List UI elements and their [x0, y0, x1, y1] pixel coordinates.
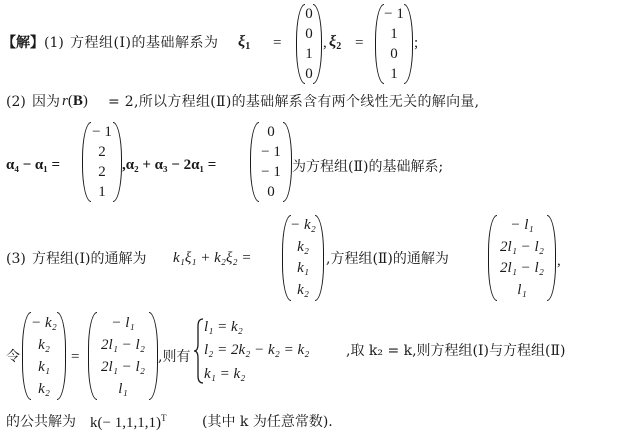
general-solution-1-lhs: k₁ξ₁ + k₂ξ₂ = [173, 251, 252, 266]
right-paren [57, 312, 66, 400]
part1-text: 方程组(Ⅰ)的基础解系为 [70, 36, 218, 50]
equals-sign: = [273, 36, 281, 51]
vector-cell: 0 [267, 185, 275, 200]
vector-cell: 2l₁ − l₂ [101, 338, 145, 353]
right-paren [149, 312, 158, 400]
vector-cell: − 1 [261, 145, 281, 160]
rhs-vector: − l₁ 2l₁ − l₂ 2l₁ − l₂ l₁ [88, 312, 158, 400]
vector-cell: 2l₁ − l₂ [500, 240, 544, 255]
vector-cell: 1 [305, 47, 313, 62]
vector-cell: k₁ [38, 360, 50, 375]
part2-line1-text: = 2,所以方程组(Ⅱ)的基础解系含有两个线性无关的解向量, [108, 95, 479, 109]
left-paren [296, 4, 305, 84]
then-have: ,则有 [158, 350, 190, 364]
left-paren [88, 312, 97, 400]
xi2-vector: − 1 1 0 1 [375, 4, 413, 84]
vector-cell: k₁ [297, 261, 309, 276]
xi2-symbol: ξ2 [329, 34, 341, 52]
vector-cell: 2 [98, 165, 106, 180]
part1-number: (1) [44, 36, 64, 50]
vector-cell: − 1 [384, 7, 404, 22]
vector-cell: − l₁ [510, 218, 533, 233]
xi1-vector: 0 0 1 0 [296, 4, 322, 84]
vector-cell: 2l₁ − l₂ [101, 360, 145, 375]
right-paren [313, 4, 322, 84]
part2-because: 因为 [32, 95, 60, 109]
part3-text2: ,方程组(Ⅱ)的通解为 [326, 252, 449, 266]
vector-1: − 1 2 2 1 [82, 122, 122, 202]
vector-cell: − 1 [92, 125, 112, 140]
conclusion-text-b: (其中 k 为任意常数). [202, 415, 333, 429]
comma: , [323, 36, 327, 51]
vector-cell: l₁ [517, 283, 526, 298]
brace-icon [194, 318, 204, 384]
part2-number: (2) [6, 95, 26, 109]
alpha-combination: ,α₂ + α₃ − 2α₁ = [122, 158, 216, 173]
vector-cell: 0 [267, 125, 275, 140]
vector-cell: 0 [305, 67, 313, 82]
vector-cell: 1 [390, 27, 398, 42]
conclusion-text-a: 的公共解为 [6, 415, 76, 429]
right-paren [283, 122, 292, 202]
vector-cell: k₂ [38, 382, 50, 397]
alpha4-minus-alpha1: α₄ − α₁ = [6, 158, 60, 173]
left-paren [82, 122, 91, 202]
lhs-vector: − k₂ k₂ k₁ k₂ [22, 312, 66, 400]
left-paren [488, 215, 497, 301]
vector-cell: k₂ [297, 240, 309, 255]
vector-cell: l₁ [118, 382, 127, 397]
left-brace [194, 318, 202, 384]
right-paren [404, 4, 413, 84]
general-solution-2-vector: − l₁ 2l₁ − l₂ 2l₁ − l₂ l₁ [488, 215, 556, 301]
right-paren [315, 215, 324, 301]
solution-label: 【解】 [2, 36, 44, 50]
system-line-1: l₁ = k₂ [204, 320, 243, 335]
conclusion-expression: k(− 1,1,1,1)T [90, 414, 166, 431]
left-paren [250, 122, 259, 202]
part3-number: (3) [6, 252, 26, 266]
vector-cell: − k₂ [290, 218, 316, 233]
vector-cell: 0 [390, 47, 398, 62]
vector-cell: k₂ [297, 283, 309, 298]
right-paren [547, 215, 556, 301]
rank-expression: r(B) [62, 94, 88, 109]
vector-cell: 2 [98, 145, 106, 160]
system-line-2: l₂ = 2k₂ − k₂ = k₂ [204, 343, 309, 358]
part2-tail: 为方程组(Ⅱ)的基础解系; [292, 160, 443, 174]
semicolon: ; [414, 36, 418, 51]
general-solution-1-vector: − k₂ k₂ k₁ k₂ [282, 215, 324, 301]
vector-cell: − k₂ [31, 316, 57, 331]
vector-cell: k₂ [38, 338, 50, 353]
vector-cell: 1 [390, 67, 398, 82]
vector-cell: 1 [98, 185, 106, 200]
part3-text1: 方程组(Ⅰ)的通解为 [32, 252, 146, 266]
take-clause: ,取 k₂ = k,则方程组(Ⅰ)与方程组(Ⅱ) [346, 344, 565, 358]
equals-sign: = [71, 350, 79, 365]
vector-cell: − l₁ [111, 316, 134, 331]
left-paren [22, 312, 31, 400]
vector-cell: − 1 [261, 165, 281, 180]
comma: , [557, 254, 561, 269]
let-word: 令 [6, 350, 20, 364]
equals-sign: = [355, 36, 363, 51]
vector-cell: 2l₁ − l₂ [500, 261, 544, 276]
left-paren [375, 4, 384, 84]
xi1-symbol: ξ1 [238, 34, 250, 52]
right-paren [113, 122, 122, 202]
system-line-3: k₁ = k₂ [204, 367, 245, 382]
vector-2: 0 − 1 − 1 0 [250, 122, 292, 202]
vector-cell: 0 [305, 27, 313, 42]
vector-cell: 0 [305, 7, 313, 22]
